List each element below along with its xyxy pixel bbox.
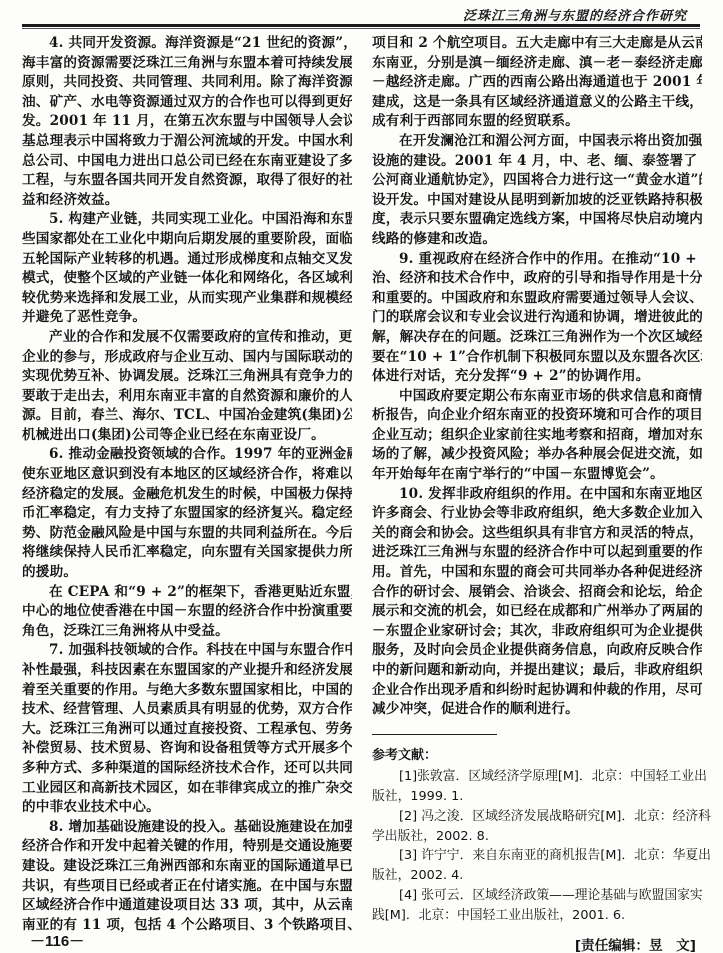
text-line: 要敢于走出去，利用东南亚丰富的自然资源和廉价的人力资 (22, 387, 352, 407)
reference-line: [1]张敦富．区域经济学原理[M]．北京：中国轻工业出 (372, 767, 702, 787)
text-line: 中心的地位使香港在中国－东盟的经济合作中扮演重要的 (22, 602, 352, 622)
text-line: 在开发澜沧江和湄公河方面，中国表示将出资加强基础 (372, 132, 702, 152)
text-line: 些国家都处在工业化中期向后期发展的重要阶段，面临着第 (22, 230, 352, 250)
text-line: 基总理表示中国将致力于湄公河流域的开发。中国水利工程 (22, 132, 352, 152)
text-line: 机械进出口(集团)公司等企业已经在东南亚设厂。 (22, 426, 352, 446)
text-line: 年开始每年在南宁举行的“中国－东盟博览会”。 (372, 465, 702, 485)
right-column: 项目和 2 个航空项目。五大走廊中有三大走廊是从云南通往东南亚，分别是滇－缅经济… (372, 34, 702, 953)
text-line: 项目和 2 个航空项目。五大走廊中有三大走廊是从云南通往 (372, 34, 702, 54)
text-line: 企业合作出现矛盾和纠纷时起协调和仲裁的作用，尽可能地 (372, 681, 702, 701)
reference-line: [4] 张可云．区域经济政策——理论基础与欧盟国家实 (372, 886, 702, 906)
left-column: 4. 共同开发资源。海洋资源是“21 世纪的资源”，南中国海丰富的资源需要泛珠江… (22, 34, 352, 935)
text-line: 中的新问题和新动向，并提出建议；最后，非政府组织可以在 (372, 661, 702, 681)
text-line: 解，解决存在的问题。泛珠江三角洲作为一个次区域经济体， (372, 328, 702, 348)
text-line: 10. 发挥非政府组织的作用。在中国和东南亚地区都有 (372, 485, 702, 505)
text-line: －东盟企业家研讨会；其次，非政府组织可为企业提供中介 (372, 622, 702, 642)
text-line: 共识，有些项目已经或者正在付诸实施。在中国与东盟的次 (22, 877, 352, 897)
text-line: 进泛珠江三角洲与东盟的经济合作中可以起到重要的作 (372, 543, 702, 563)
running-head: 泛珠江三角洲与东盟的经济合作研究 (463, 5, 687, 24)
text-line: 体进行对话，充分发挥“9 + 2”的协调作用。 (372, 367, 702, 387)
text-line: 场的了解，减少投资风险；举办各种展会促进交流，如 2004 (372, 445, 702, 465)
text-line: 油、矿产、水电等资源通过双方的合作也可以得到更好的开 (22, 93, 352, 113)
text-line: 4. 共同开发资源。海洋资源是“21 世纪的资源”，南中国 (22, 34, 352, 54)
text-line: 使东亚地区意识到没有本地区的区域经济合作，将难以保证 (22, 465, 352, 485)
page-number: －116－ (30, 930, 84, 951)
text-line: 工业园区和高新技术园区，如在菲律宾成立的推广杂交水稻 (22, 779, 352, 799)
text-line: 减少冲突，促进合作的顺利进行。 (372, 700, 702, 720)
reference-line: [2] 冯之浚．区域经济发展战略研究[M]．北京：经济科 (372, 807, 702, 827)
text-line: 币汇率稳定，有力支持了东盟国家的经济复兴。稳定经济形 (22, 504, 352, 524)
reference-line: 践[M]．北京：中国轻工业出版社，2001. 6. (372, 906, 702, 926)
text-line: 关的商会和协会。这些组织具有非官方和灵活的特点，在促 (372, 524, 702, 544)
text-line: 设开发。中国对建设从昆明到新加坡的泛亚铁路持积极态 (372, 191, 702, 211)
text-line: 析报告，向企业介绍东南亚的投资环境和可合作的项目，与 (372, 406, 702, 426)
responsible-editor: [责任编辑：昱 文] (372, 934, 702, 953)
reference-line: 版社，2002. 4. (372, 866, 702, 886)
text-line: －越经济走廊。广西的西南公路出海通道也于 2001 年 11 月 (372, 73, 702, 93)
text-line: 5. 构建产业链，共同实现工业化。中国沿海和东盟的一 (22, 210, 352, 230)
text-line: 设施的建设。2001 年 4 月，中、老、缅、泰签署了《澜沧江－湄 (372, 152, 702, 172)
reference-line: 版社，1999. 1. (372, 787, 702, 807)
text-line: 海丰富的资源需要泛珠江三角洲与东盟本着可持续发展的 (22, 54, 352, 74)
text-line: 在 CEPA 和“9 + 2”的框架下，香港更贴近东盟，国际金融 (22, 583, 352, 603)
reference-line: [3] 许宁宁．来自东南亚的商机报告[M]．北京：华夏出 (372, 846, 702, 866)
text-line: 模式，使整个区域的产业链一体化和网络化，各区域利用比 (22, 269, 352, 289)
references-title: 参考文献： (372, 745, 702, 767)
text-line: 补性最强，科技因素在东盟国家的产业提升和经济发展中起 (22, 661, 352, 681)
text-line: 门的联席会议和专业会议进行沟通和协调，增进彼此的了 (372, 308, 702, 328)
text-line: 要在“10 + 1”合作机制下积极同东盟以及东盟各次区域经济 (372, 348, 702, 368)
text-line: 多种方式、多种渠道的国际经济技术合作，还可以共同建设 (22, 759, 352, 779)
text-line: 产业的合作和发展不仅需要政府的宣传和推动，更需要 (22, 328, 352, 348)
text-line: 8. 增加基础设施建设的投入。基础设施建设在加强区域 (22, 818, 352, 838)
text-line: 经济合作和开发中起着关键的作用，特别是交通设施要先行 (22, 837, 352, 857)
text-line: 度，表示只要东盟确定选线方案，中国将尽快启动境内相关 (372, 210, 702, 230)
text-line: 和重要的。中国政府和东盟政府需要通过领导人会议、各部 (372, 289, 702, 309)
text-line: 发。2001 年 11 月，在第五次东盟与中国领导人会议上，朱镕 (22, 112, 352, 132)
text-line: 五轮国际产业转移的机遇。通过形成梯度和点轴交叉发展的 (22, 250, 352, 270)
right-column-body: 项目和 2 个航空项目。五大走廊中有三大走廊是从云南通往东南亚，分别是滇－缅经济… (372, 34, 702, 720)
text-line: 技术、经营管理、人员素质具有明显的优势，双方合作潜力很 (22, 700, 352, 720)
text-line: 服务，及时向会员企业提供商务信息，向政府反映合作过程 (372, 641, 702, 661)
reference-line: 学出版社，2002. 8. (372, 827, 702, 847)
text-line: 着至关重要的作用。与绝大多数东盟国家相比，中国的生产 (22, 681, 352, 701)
text-line: 线路的修建和改造。 (372, 230, 702, 250)
text-line: 益和经济效益。 (22, 191, 352, 211)
text-line: 工程，与东盟各国共同开发自然资源，取得了很好的社会效 (22, 171, 352, 191)
text-line: 较优势来选择和发展工业，从而实现产业集群和规模经济， (22, 289, 352, 309)
text-line: 治、经济和技术合作中，政府的引导和指导作用是十分明显 (372, 269, 702, 289)
text-line: 区域经济合作中通道建设项目达 33 项，其中，从云南通往东 (22, 896, 352, 916)
text-line: 展示和交流的机会，如已经在成都和广州举办了两届的中国 (372, 602, 702, 622)
header-rule-thick (22, 24, 700, 27)
references-rule (372, 734, 497, 736)
text-line: 6. 推动金融投资领域的合作。1997 年的亚洲金融危机 (22, 445, 352, 465)
text-line: 企业的参与，形成政府与企业互动、国内与国际联动的局面， (22, 348, 352, 368)
text-line: 补偿贸易、技术贸易、咨询和设备租赁等方式开展多个领域、 (22, 739, 352, 759)
text-line: 实现优势互补、协调发展。泛珠江三角洲具有竞争力的企业 (22, 367, 352, 387)
text-line: 合作的研讨会、展销会、洽谈会、招商会和论坛，给企业提供 (372, 583, 702, 603)
text-line: 建成，这是一条具有区域经济通道意义的公路主干线，其建 (372, 93, 702, 113)
references-list: [1]张敦富．区域经济学原理[M]．北京：中国轻工业出版社，1999. 1.[2… (372, 767, 702, 925)
text-line: 的中菲农业技术中心。 (22, 798, 352, 818)
text-line: 角色，泛珠江三角洲将从中受益。 (22, 622, 352, 642)
text-line: 的援助。 (22, 563, 352, 583)
text-line: 总公司、中国电力进出口总公司已经在东南亚建设了多个大 (22, 152, 352, 172)
text-line: 并避免了恶性竞争。 (22, 308, 352, 328)
header-rule-thin (22, 28, 700, 29)
text-line: 许多商会、行业协会等非政府组织，绝大多数企业加入了有 (372, 504, 702, 524)
text-line: 将继续保持人民币汇率稳定，向东盟有关国家提供力所能及 (22, 543, 352, 563)
text-line: 原则，共同投资、共同管理、共同利用。除了海洋资源之外，石 (22, 73, 352, 93)
text-line: 源。目前，春兰、海尔、TCL、中国冶金建筑(集团)公司和中国 (22, 406, 352, 426)
text-line: 势、防范金融风险是中国与东盟的共同利益所在。今后，中国 (22, 524, 352, 544)
text-line: 成有利于西部同东盟的经贸联系。 (372, 112, 702, 132)
text-line: 9. 重视政府在经济合作中的作用。在推动“10 + 1”的政 (372, 250, 702, 270)
text-line: 大。泛珠江三角洲可以通过直接投资、工程承包、劳务合作、 (22, 720, 352, 740)
text-line: 用。首先，中国和东盟的商会可共同举办各种促进经济技术 (372, 563, 702, 583)
text-line: 经济稳定的发展。金融危机发生的时候，中国极力保持人民 (22, 485, 352, 505)
text-line: 7. 加强科技领域的合作。科技在中国与东盟合作中的互 (22, 641, 352, 661)
text-line: 企业互动；组织企业家前往实地考察和招商，增加对东盟市 (372, 426, 702, 446)
text-line: 中国政府要定期公布东南亚市场的供求信息和商情分 (372, 387, 702, 407)
text-line: 建设。建设泛珠江三角洲西部和东南亚的国际通道早已取得 (22, 857, 352, 877)
text-line: 公河商业通航协定》，四国将合力进行这一“黄金水道”的建 (372, 171, 702, 191)
text-line: 东南亚，分别是滇－缅经济走廊、滇－老－泰经济走廊和滇 (372, 54, 702, 74)
